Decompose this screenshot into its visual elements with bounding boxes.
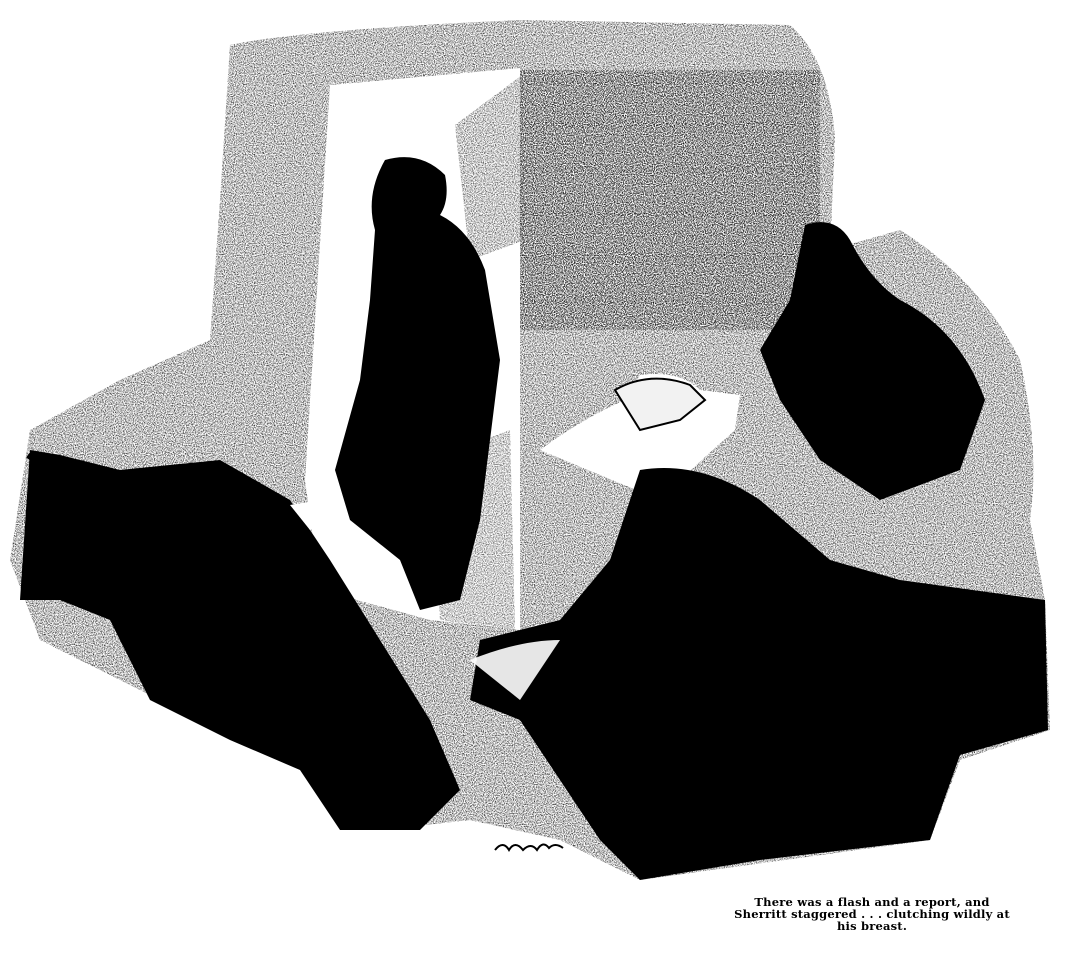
newspaper-illustration (0, 0, 1077, 880)
artist-signature (495, 844, 563, 850)
caption-line-3: his breast. (692, 920, 1052, 932)
illustration-caption: There was a flash and a report, and Sher… (692, 896, 1052, 932)
